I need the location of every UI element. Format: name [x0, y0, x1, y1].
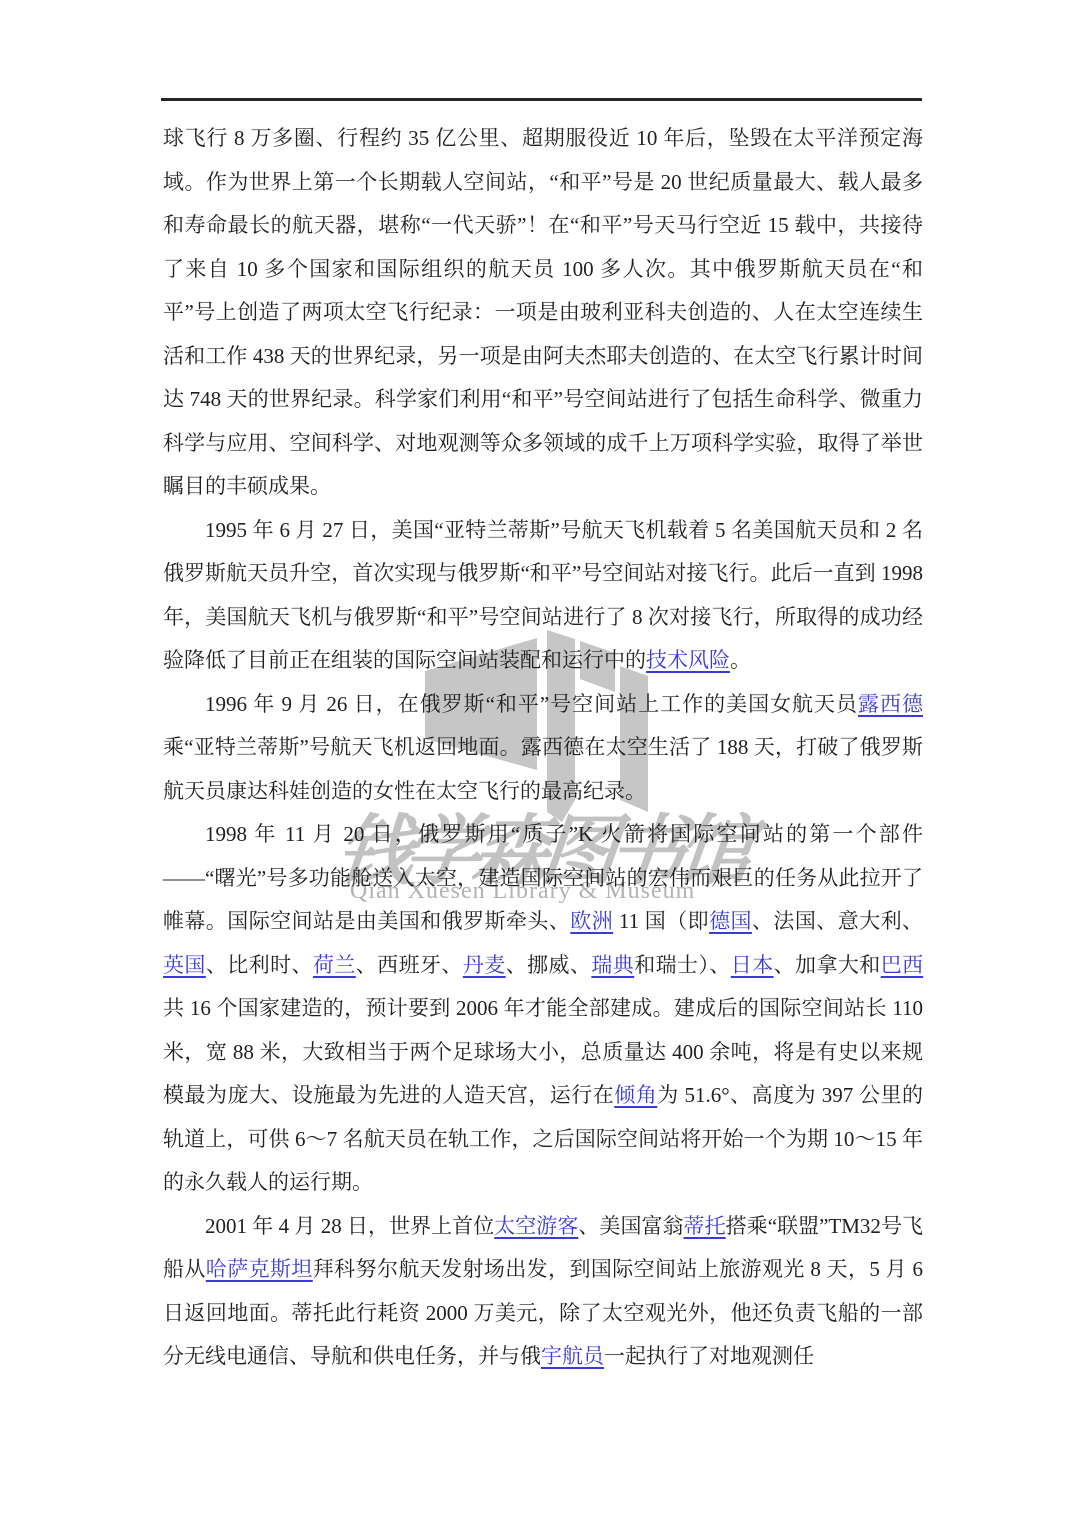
hyperlink[interactable]: 德国 [709, 909, 752, 933]
text-run: 2001 年 4 月 28 日，世界上首位 [205, 1214, 494, 1238]
paragraph: 1996 年 9 月 26 日，在俄罗斯“和平”号空间站上工作的美国女航天员露西… [163, 683, 923, 814]
text-run: 、西班牙、 [356, 953, 463, 977]
text-run: 、法国、意大利、 [752, 909, 923, 933]
hyperlink[interactable]: 太空游客 [494, 1214, 578, 1238]
text-run: 乘“亚特兰蒂斯”号航天飞机返回地面。露西德在太空生活了 188 天，打破了俄罗斯… [163, 735, 923, 803]
text-run: 1996 年 9 月 26 日，在俄罗斯“和平”号空间站上工作的美国女航天员 [205, 692, 858, 716]
paragraph: 球飞行 8 万多圈、行程约 35 亿公里、超期服役近 10 年后，坠毁在太平洋预… [163, 117, 923, 509]
header-rule [161, 98, 922, 101]
text-run: 、比利时、 [206, 953, 313, 977]
hyperlink[interactable]: 瑞典 [591, 953, 634, 977]
hyperlink[interactable]: 露西德 [858, 692, 923, 716]
hyperlink[interactable]: 技术风险 [646, 648, 730, 672]
paragraph: 2001 年 4 月 28 日，世界上首位太空游客、美国富翁蒂托搭乘“联盟”TM… [163, 1205, 923, 1379]
paragraph: 1995 年 6 月 27 日，美国“亚特兰蒂斯”号航天飞机载着 5 名美国航天… [163, 509, 923, 683]
hyperlink[interactable]: 蒂托 [684, 1214, 726, 1238]
text-run: 球飞行 8 万多圈、行程约 35 亿公里、超期服役近 10 年后，坠毁在太平洋预… [163, 126, 923, 498]
hyperlink[interactable]: 巴西 [881, 953, 923, 977]
hyperlink[interactable]: 倾角 [614, 1083, 657, 1107]
text-run: 1995 年 6 月 27 日，美国“亚特兰蒂斯”号航天飞机载着 5 名美国航天… [163, 518, 923, 673]
text-run: 一起执行了对地观测任 [604, 1344, 814, 1368]
text-run: 、加拿大和 [774, 953, 881, 977]
paragraph: 1998 年 11 月 20 日，俄罗斯用“质子”K 火箭将国际空间站的第一个部… [163, 813, 923, 1205]
document-body: 球飞行 8 万多圈、行程约 35 亿公里、超期服役近 10 年后，坠毁在太平洋预… [163, 117, 923, 1379]
hyperlink[interactable]: 哈萨克斯坦 [206, 1257, 313, 1281]
text-run: 和瑞士）、 [634, 953, 731, 977]
text-run: 、挪威、 [506, 953, 592, 977]
hyperlink[interactable]: 宇航员 [541, 1344, 604, 1368]
hyperlink[interactable]: 丹麦 [463, 953, 506, 977]
hyperlink[interactable]: 欧洲 [570, 909, 613, 933]
hyperlink[interactable]: 荷兰 [313, 953, 356, 977]
text-run: 。 [730, 648, 751, 672]
hyperlink[interactable]: 英国 [163, 953, 206, 977]
document-page: 钱学森图书馆 Qian Xuesen Library & Museum 球飞行 … [0, 0, 1074, 1520]
hyperlink[interactable]: 日本 [731, 953, 774, 977]
text-run: 11 国（即 [613, 909, 709, 933]
text-run: 、美国富翁 [578, 1214, 683, 1238]
